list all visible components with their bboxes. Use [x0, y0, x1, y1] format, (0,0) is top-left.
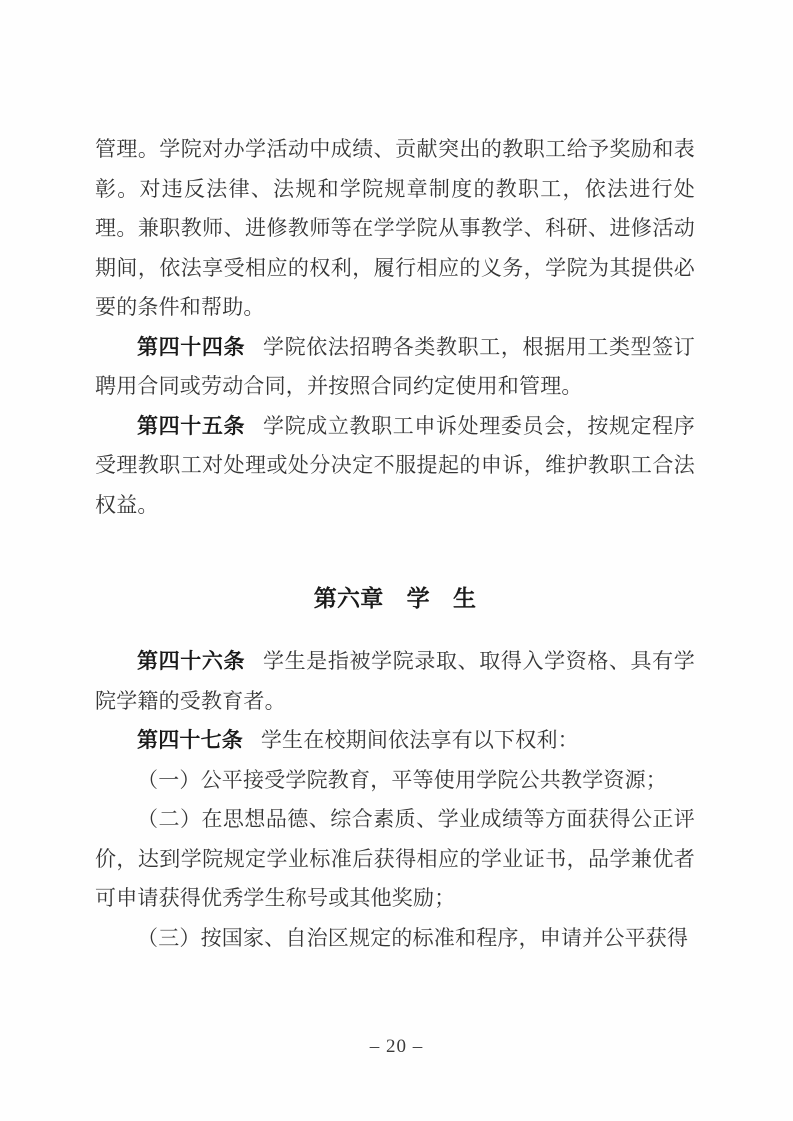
- document-page: 管理。学院对办学活动中成绩、贡献突出的教职工给予奖励和表彰。对违反法律、法规和学…: [0, 0, 793, 1121]
- paragraph-text: （三）按国家、自治区规定的标准和程序，申请并公平获得: [137, 926, 688, 950]
- article-number-label: 第四十五条: [137, 415, 245, 438]
- list-item-2: （二）在思想品德、综合素质、学业成绩等方面获得公正评价，达到学院规定学业标准后获…: [95, 800, 695, 919]
- paragraph-continuation: 管理。学院对办学活动中成绩、贡献突出的教职工给予奖励和表彰。对违反法律、法规和学…: [95, 130, 695, 328]
- paragraph-text: （二）在思想品德、综合素质、学业成绩等方面获得公正评价，达到学院规定学业标准后获…: [95, 807, 695, 910]
- article-paragraph-46: 第四十六条学生是指被学院录取、取得入学资格、具有学院学籍的受教育者。: [95, 642, 695, 721]
- article-number-label: 第四十七条: [137, 729, 243, 752]
- page-number: – 20 –: [0, 1036, 793, 1058]
- article-number-label: 第四十六条: [137, 650, 245, 673]
- list-item-1: （一）公平接受学院教育，平等使用学院公共教学资源；: [95, 761, 695, 801]
- document-body: 管理。学院对办学活动中成绩、贡献突出的教职工给予奖励和表彰。对违反法律、法规和学…: [95, 130, 695, 958]
- paragraph-text: 学生在校期间依法享有以下权利：: [261, 728, 579, 752]
- list-item-3: （三）按国家、自治区规定的标准和程序，申请并公平获得: [95, 919, 695, 959]
- article-number-label: 第四十四条: [137, 336, 245, 359]
- chapter-heading: 第六章 学 生: [95, 582, 695, 614]
- paragraph-text: （一）公平接受学院教育，平等使用学院公共教学资源；: [137, 768, 667, 792]
- article-paragraph-47: 第四十七条学生在校期间依法享有以下权利：: [95, 721, 695, 761]
- article-paragraph-45: 第四十五条学院成立教职工申诉处理委员会，按规定程序受理教职工对处理或处分决定不服…: [95, 407, 695, 526]
- article-paragraph-44: 第四十四条学院依法招聘各类教职工，根据用工类型签订聘用合同或劳动合同，并按照合同…: [95, 328, 695, 407]
- paragraph-text: 管理。学院对办学活动中成绩、贡献突出的教职工给予奖励和表彰。对违反法律、法规和学…: [95, 137, 695, 319]
